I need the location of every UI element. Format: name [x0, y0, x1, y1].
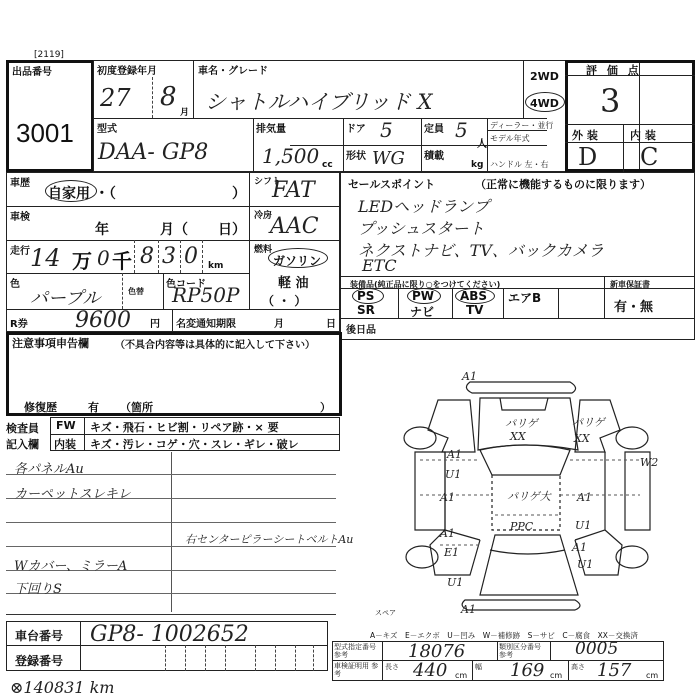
mileage-label: 走行 [10, 242, 30, 257]
notes-note: （不具合内容等は具体的に記入して下さい） [115, 336, 315, 351]
history-label: 車歴 [10, 174, 30, 189]
footer-odometer-note: ⊗140831 km [10, 678, 114, 697]
damage-mark: A1 [572, 541, 587, 554]
damage-mark: E1 [444, 546, 459, 559]
inspection-label: 車検 [10, 208, 30, 223]
history-close: ） [232, 183, 246, 203]
damage-mark: A1 [577, 491, 592, 504]
capacity-value: 5 [455, 118, 468, 142]
mileage-digit-3: 0 [184, 244, 198, 269]
chassis-number: GP8- 1002652 [90, 622, 249, 647]
height-label: 高さ [571, 662, 585, 672]
remark-left-6: 下回りS [14, 578, 62, 597]
deadline-label: 名変通知期限 [176, 315, 236, 330]
equip-abs-circle [455, 288, 495, 304]
width-value: 169 [510, 660, 544, 681]
damage-mark: W2 [640, 456, 658, 469]
width-unit: cm [550, 671, 562, 680]
damage-mark: U1 [575, 519, 591, 532]
type-designation-label: 型式指定番号 参考 [334, 643, 382, 659]
interior-score: C [640, 143, 658, 171]
exterior-label: 外 装 [572, 127, 598, 143]
damage-mark: A1 [440, 491, 455, 504]
repair-place: （箇所 [120, 399, 153, 415]
model-label: 型式 [97, 120, 117, 135]
recycle-label: R券 [10, 315, 28, 330]
remark-left-1: 各パネルAu [14, 458, 84, 477]
car-name-value: シャトルハイブリッド X [205, 86, 432, 116]
registration-label: 初度登録年月 [97, 62, 157, 77]
kg-unit: kg [471, 160, 483, 170]
damage-mark: U1 [577, 558, 593, 571]
fw-items: キズ・飛石・ヒビ割・リペア跡・× 要 [90, 419, 279, 435]
damage-mark: PPC [510, 520, 533, 533]
fuel-diesel: 軽 油 [278, 272, 309, 291]
lot-number: 3001 [16, 118, 74, 149]
inspector-label-2: 記入欄 [6, 436, 39, 452]
shift-value: FAT [272, 178, 315, 203]
load-label: 積載 [424, 147, 444, 162]
interior-inspect-label: 内装 [54, 436, 76, 452]
damage-mark: パリゲ [572, 414, 605, 430]
repair-value: 有 [88, 399, 99, 415]
drive-2wd: 2WD [530, 70, 559, 83]
body-shape-label: 形状 [346, 147, 366, 162]
inspector-label-1: 検査員 [6, 420, 39, 436]
sales-points-label: セールスポイント [348, 176, 435, 192]
damage-mark: A1 [461, 603, 476, 616]
notes-label: 注意事項申告欄 [12, 335, 89, 351]
fuel-label: 燃料 [254, 242, 272, 255]
width-label: 幅 [475, 662, 482, 672]
equip-tv: TV [466, 303, 483, 317]
length-label: 長さ [385, 662, 399, 672]
recycle-value: 9600 [75, 308, 131, 333]
mileage-sen: 0 [97, 246, 110, 270]
class-number-label: 類別区分番号 参考 [499, 643, 549, 659]
displacement-label: 排気量 [256, 120, 286, 135]
sen-unit: 千 [112, 245, 132, 274]
warranty-value: 有・無 [614, 296, 653, 315]
fw-label: FW [56, 419, 76, 432]
handle-label: ハンドル 左・右 [490, 159, 549, 170]
registration-year: 27 [100, 84, 131, 112]
exterior-score: D [578, 143, 597, 171]
ac-value: AAC [270, 214, 319, 239]
equip-airbag: エアB [508, 289, 541, 306]
drive-selected-circle [525, 92, 565, 112]
color-label: 色 [10, 275, 20, 290]
equip-ps-circle [352, 288, 384, 304]
capacity-unit: 人 [477, 135, 487, 150]
displacement-value: 1,500 [262, 144, 319, 168]
month-unit: 月 [180, 105, 189, 118]
dimensions-label: 車検証明用 参考 [334, 662, 382, 678]
model-value: DAA- GP8 [98, 140, 208, 165]
height-unit: cm [646, 671, 658, 680]
doors-value: 5 [380, 118, 393, 142]
repair-label: 修復歴 [24, 399, 57, 415]
repair-close: ） [320, 399, 331, 415]
sales-point-1: LEDヘッドランプ [358, 194, 489, 217]
lot-number-label: 出品番号 [12, 63, 52, 78]
inspection-year: 年 [95, 219, 109, 239]
chassis-label: 車台番号 [15, 627, 63, 644]
warranty-label: 新車保証書 [610, 279, 650, 290]
km-unit: km [208, 261, 223, 271]
interior-label: 内 装 [630, 127, 656, 143]
color-value: パープル [30, 284, 100, 310]
sales-point-2: プッシュスタート [358, 216, 485, 239]
registration-month: 8 [160, 82, 177, 112]
sheet-code: [2119] [34, 50, 64, 60]
height-value: 157 [597, 660, 631, 681]
score-value: 3 [600, 82, 620, 120]
length-unit: cm [455, 671, 467, 680]
later-items-label: 後日品 [346, 321, 376, 336]
equip-pw-circle [407, 288, 441, 304]
sales-points-note: （正常に機能するものに限ります） [475, 176, 651, 192]
car-name-label: 車名・グレード [198, 62, 268, 77]
color-code: RP50P [172, 283, 239, 307]
remark-right-4: 右センターピラーシートベルトAu [185, 531, 353, 547]
equip-navi: ナビ [410, 303, 434, 320]
length-value: 440 [413, 660, 447, 681]
damage-mark: パリゲ [505, 415, 538, 431]
interior-items: キズ・汚レ・コゲ・穴・スレ・ギレ・破レ [90, 436, 299, 452]
fuel-selected-circle [268, 248, 328, 268]
man-unit: 万 [72, 245, 92, 274]
damage-mark: XX [574, 432, 590, 445]
capacity-label: 定員 [424, 120, 444, 135]
damage-mark: パリゲ大 [507, 488, 551, 504]
mileage-digit-2: 3 [162, 244, 176, 269]
damage-mark: A1 [447, 448, 462, 461]
doors-label: ドア [346, 120, 366, 135]
damage-mark: U1 [447, 576, 463, 589]
yen-unit: 円 [150, 315, 160, 330]
damage-mark: XX [510, 430, 526, 443]
damage-mark: U1 [445, 468, 461, 481]
sales-point-4: ETC [362, 256, 397, 275]
body-shape-value: WG [372, 148, 405, 169]
remark-left-2: カーペットスレキレ [14, 483, 131, 502]
history-selected-circle [45, 180, 97, 202]
inspection-day: 日） [218, 219, 246, 239]
spare-label: スペア [375, 608, 396, 618]
color-change-label: 色替 [128, 286, 144, 297]
model-year-label: モデル年式 [490, 133, 530, 144]
inspection-month: 月（ [160, 219, 188, 239]
type-designation-value: 18076 [408, 641, 465, 662]
mileage-man: 14 [30, 244, 61, 272]
fuel-other: （ ・ ） [262, 292, 306, 309]
dealer-label: ディーラー・並行 [490, 120, 553, 131]
mileage-digit-1: 8 [140, 244, 154, 269]
remark-left-5: Wカバー、ミラーA [14, 555, 127, 574]
equip-sr: SR [357, 303, 375, 317]
cc-unit: cc [322, 160, 333, 170]
score-label: 評 価 点 [586, 62, 642, 78]
class-number-value: 0005 [575, 639, 618, 659]
deadline-month: 月 [274, 315, 284, 330]
damage-mark: A1 [440, 527, 455, 540]
damage-mark: A1 [462, 370, 477, 383]
deadline-day: 日 [326, 315, 336, 330]
plate-label: 登録番号 [15, 652, 63, 669]
